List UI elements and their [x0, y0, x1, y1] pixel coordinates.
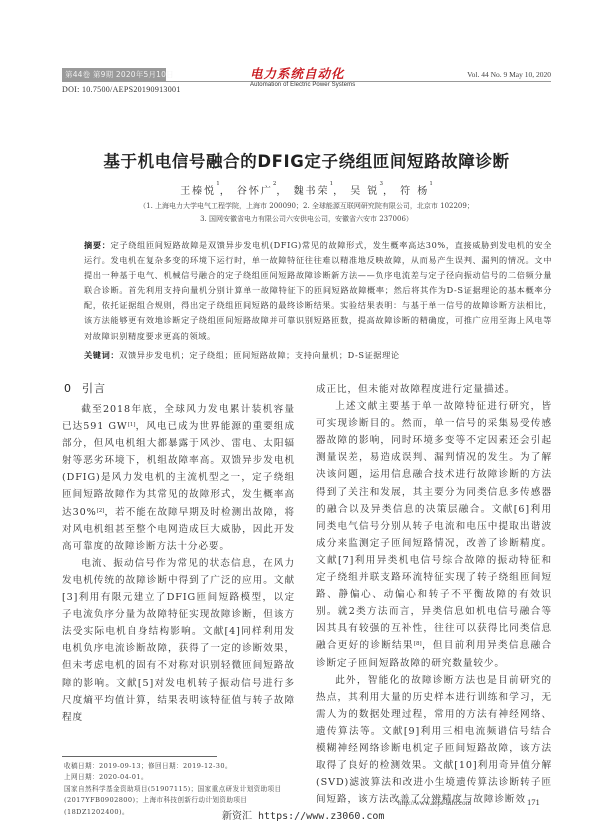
author-list: 王榛悦1， 谷怀广2， 魏书荣1， 吴 锐3， 符 杨1	[0, 182, 613, 197]
keywords: 关键词：双馈异步发电机；定子绕组；匝间短路故障；支持向量机；D-S证据理论	[84, 350, 552, 361]
keywords-label: 关键词：	[84, 350, 119, 360]
section-heading: 0引言	[64, 380, 106, 396]
affiliation-line-1: （1. 上海电力大学电气工程学院，上海市 200090；2. 全球能源互联网研究…	[0, 201, 613, 211]
citation[interactable]: [1]	[128, 422, 136, 428]
citation[interactable]: [8]	[414, 641, 422, 647]
right-column: 成正比，但未能对故障程度进行定量描述。 上述文献主要基于单一故障特征进行研究，皆…	[316, 381, 552, 808]
doi: DOI: 10.7500/AEPS20190913001	[62, 85, 181, 94]
author: 魏书荣	[294, 186, 330, 197]
section-number: 0	[64, 382, 72, 395]
journal-url[interactable]: http://www.aeps-info.com	[398, 799, 471, 807]
volume-info: Vol. 44 No. 9 May 10, 2020	[467, 70, 551, 79]
citation[interactable]: [2]	[97, 508, 105, 514]
footnote-online: 上网日期：2020-04-01。	[64, 772, 295, 783]
affiliation-line-2: 3. 国网安徽省电力有限公司六安供电公司，安徽省六安市 237006）	[0, 214, 613, 224]
footnote-rule	[62, 756, 217, 757]
author: 吴 锐	[350, 186, 379, 197]
author: 符 杨	[400, 186, 429, 197]
section-title: 引言	[82, 382, 106, 395]
paragraph: 此外，智能化的故障诊断方法也是目前研究的热点，其利用大量的历史样本进行训练和学习…	[316, 672, 552, 809]
paragraph: 截至2018年底，全球风力发电累计装机容量已达591 GW[1]，风电已成为世界…	[62, 401, 295, 555]
page-number: 171	[527, 797, 540, 807]
paragraph: 上述文献主要基于单一故障特征进行研究，皆可实现诊断目的。然而，单一信号的采集易受…	[316, 398, 552, 672]
keywords-text: 双馈异步发电机；定子绕组；匝间短路故障；支持向量机；D-S证据理论	[119, 350, 400, 360]
paragraph: 电流、振动信号作为常见的状态信息，在风力发电机传统的故障诊断中得到了广泛的应用。…	[62, 555, 295, 726]
header-rule	[166, 81, 551, 82]
paper-page: 第44卷 第9期 2020年5月10日 DOI: 10.7500/AEPS201…	[0, 0, 613, 825]
left-column: 截至2018年底，全球风力发电累计装机容量已达591 GW[1]，风电已成为世界…	[62, 401, 295, 726]
journal-logo-cn: 电力系统自动化	[250, 64, 345, 82]
footnote-dates: 收稿日期：2019-09-13；修回日期：2019-12-30。	[64, 761, 295, 772]
abstract-text: 定子绕组匝间短路故障是双馈异步发电机(DFIG)常见的故障形式，发生概率高达30…	[84, 240, 552, 341]
journal-name-en: Automation of Electric Power Systems	[250, 82, 355, 88]
issue-badge: 第44卷 第9期 2020年5月10日	[62, 68, 166, 82]
author: 谷怀广	[237, 186, 273, 197]
watermark: 新资汇 https://www.z3060.com	[222, 807, 384, 822]
abstract-label: 摘要：	[84, 240, 111, 250]
paper-title: 基于机电信号融合的DFIG定子绕组匝间短路故障诊断	[0, 148, 613, 172]
abstract: 摘要：定子绕组匝间短路故障是双馈异步发电机(DFIG)常见的故障形式，发生概率高…	[84, 238, 552, 344]
author: 王榛悦	[180, 186, 216, 197]
paragraph: 成正比，但未能对故障程度进行定量描述。	[316, 381, 552, 398]
